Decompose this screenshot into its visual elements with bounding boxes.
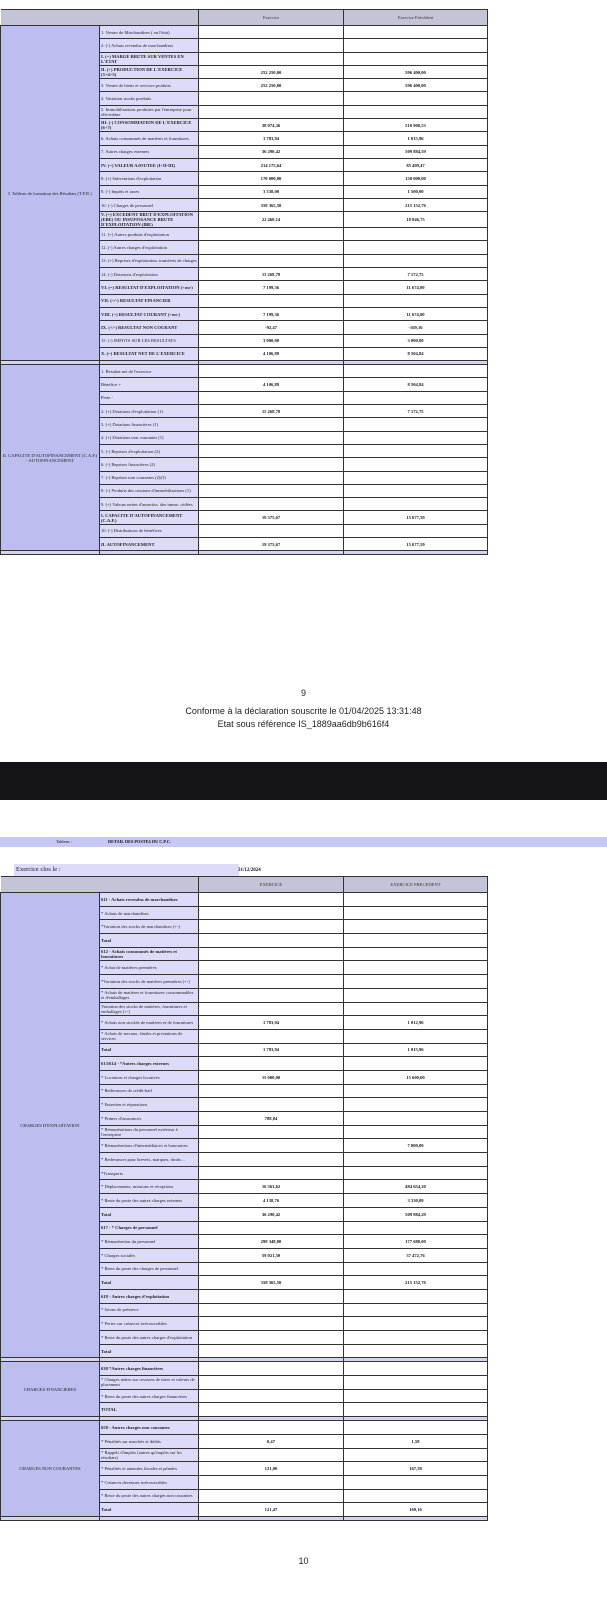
value-exercice-precedent	[344, 1331, 488, 1345]
header-blank	[1, 877, 199, 893]
value-exercice-precedent	[344, 1166, 488, 1180]
table-row: CHARGES NON COURANTES658 - Autres charge…	[1, 1421, 488, 1435]
table-header: Exercice Exercice Précédent	[1, 10, 488, 26]
row-label: 14. (-) Dotations d'exploitation	[100, 268, 199, 281]
value-exercice-precedent	[344, 431, 488, 444]
value-exercice	[199, 1057, 344, 1071]
row-label: * Reste du poste des autres charges d'ex…	[100, 1331, 199, 1345]
value-exercice	[199, 391, 344, 404]
value-exercice: 7 199,36	[199, 307, 344, 320]
row-label: TOTAL	[100, 1403, 199, 1417]
value-exercice-precedent: 509 884,59	[344, 145, 488, 158]
value-exercice	[199, 975, 344, 989]
value-exercice: 19 375,67	[199, 537, 344, 550]
value-exercice	[199, 906, 344, 920]
conformity-text: Conforme à la déclaration souscrite le 0…	[0, 705, 607, 717]
exercice-clos-date: 31/12/2024	[238, 868, 261, 873]
value-exercice	[199, 1331, 344, 1345]
section-title: CHARGES NON COURANTES	[1, 1421, 100, 1517]
value-exercice	[199, 26, 344, 39]
row-label: * Créances devenues irrécouvrables	[100, 1475, 199, 1489]
value-exercice: 15 268,78	[199, 405, 344, 418]
value-exercice-precedent	[344, 1344, 488, 1358]
row-label: 6. Achats consommés de matières et fourn…	[100, 132, 199, 145]
value-exercice	[199, 1084, 344, 1098]
row-label: * Rémunérations du personnel extérieur à…	[100, 1125, 199, 1139]
row-label: 9. (+) Valeurs nettes d'amortiss. des im…	[100, 498, 199, 511]
row-label: 4. (+) Dotations non courantes (1)	[100, 431, 199, 444]
value-exercice: 16 363,62	[199, 1180, 344, 1194]
value-exercice: 0,47	[199, 1434, 344, 1448]
value-exercice	[199, 365, 344, 378]
value-exercice: 1 783,94	[199, 1043, 344, 1057]
value-exercice-precedent: 215 152,76	[344, 1276, 488, 1290]
value-exercice-precedent	[344, 975, 488, 989]
value-exercice-precedent: 1 015,96	[344, 132, 488, 145]
row-label: * Déplacements, missions et réceptions	[100, 1180, 199, 1194]
tableau-label: Tableau :	[56, 837, 72, 847]
value-exercice-precedent: 8 504,84	[344, 378, 488, 391]
value-exercice-precedent	[344, 1303, 488, 1317]
row-label: * Rappels d'impôts (autres qu'impôts sur…	[100, 1448, 199, 1462]
table-row: II. CAPACITE D'AUTOFINANCEMENT (C.A.F.) …	[1, 365, 488, 378]
value-exercice-precedent	[344, 893, 488, 907]
value-exercice-precedent	[344, 241, 488, 254]
value-exercice-precedent	[344, 1448, 488, 1462]
row-label: 15. (-) IMPOTS SUR LES RESULTATS	[100, 334, 199, 347]
row-label: * Primes d'assurances	[100, 1112, 199, 1126]
row-label: 4. Variation stocks produits	[100, 92, 199, 105]
value-exercice-precedent	[344, 1376, 488, 1390]
value-exercice	[199, 1475, 344, 1489]
value-exercice: 121,47	[199, 1503, 344, 1517]
row-label: 5. (-) Reprises d'exploitation (2)	[100, 444, 199, 457]
value-exercice-precedent: 215 152,76	[344, 198, 488, 211]
value-exercice: 121,00	[199, 1462, 344, 1476]
row-label: 613/614 - *Autres charges externes	[100, 1057, 199, 1071]
row-label: 9. (-) Impôts et taxes	[100, 185, 199, 198]
value-exercice-precedent	[344, 1403, 488, 1417]
header-exercice: Exercice	[199, 10, 344, 26]
value-exercice: 252 250,00	[199, 65, 344, 78]
value-exercice-precedent: 18 846,75	[344, 212, 488, 228]
value-exercice	[199, 1421, 344, 1435]
value-exercice-precedent	[344, 39, 488, 52]
row-label: 13. (+) Reprises d'exploitation, transfe…	[100, 254, 199, 267]
value-exercice	[199, 988, 344, 1002]
value-exercice: 214 175,64	[199, 158, 344, 171]
value-exercice	[199, 1344, 344, 1358]
value-exercice	[199, 1139, 344, 1153]
value-exercice-precedent: 7 000,00	[344, 1139, 488, 1153]
value-exercice	[199, 1029, 344, 1043]
value-exercice-precedent	[344, 52, 488, 65]
value-exercice-precedent: 7 172,75	[344, 405, 488, 418]
value-exercice: 358 365,50	[199, 1276, 344, 1290]
row-label: * Locations et charges locatives	[100, 1070, 199, 1084]
value-exercice: 170 000,00	[199, 172, 344, 185]
page-separator	[0, 762, 607, 800]
header-exercice-precedent: EXERCICE PRECEDENT	[344, 877, 488, 893]
row-label: * Rémunérations d'intermédiaires et hono…	[100, 1139, 199, 1153]
row-label: 7. Autres charges externes	[100, 145, 199, 158]
value-exercice-precedent: 7 172,75	[344, 268, 488, 281]
value-exercice	[199, 444, 344, 457]
page-number: 9	[0, 688, 607, 698]
value-exercice: 358 365,50	[199, 198, 344, 211]
value-exercice-precedent: 177 680,00	[344, 1235, 488, 1249]
row-label: 10. (-) Charges de personnel	[100, 198, 199, 211]
value-exercice: -92,47	[199, 321, 344, 334]
value-exercice	[199, 431, 344, 444]
row-label: 8. (+) Subventions d'exploitation	[100, 172, 199, 185]
value-exercice-precedent	[344, 498, 488, 511]
value-exercice-precedent	[344, 906, 488, 920]
value-exercice-precedent	[344, 254, 488, 267]
row-label: VIII. (=) RESULTAT COURANT (+ou-)	[100, 307, 199, 320]
row-label: 11. (+) Autres produits d'exploitation	[100, 228, 199, 241]
row-label: Total	[100, 934, 199, 948]
value-exercice	[199, 1221, 344, 1235]
value-exercice-precedent	[344, 391, 488, 404]
value-exercice-precedent: 8 504,84	[344, 347, 488, 360]
value-exercice: 19 375,67	[199, 511, 344, 524]
value-exercice: 15 000,00	[199, 1070, 344, 1084]
value-exercice: 36 290,42	[199, 1207, 344, 1221]
section-divider	[1, 1516, 488, 1520]
value-exercice-precedent: 3 330,09	[344, 1194, 488, 1208]
row-label: 2. (+) Dotations d'exploitation (1)	[100, 405, 199, 418]
value-exercice-precedent: 1 015,96	[344, 1043, 488, 1057]
value-exercice	[199, 920, 344, 934]
value-exercice-precedent	[344, 228, 488, 241]
value-exercice: 36 290,42	[199, 145, 344, 158]
value-exercice	[199, 1376, 344, 1390]
header-exercice: EXERCICE	[199, 877, 344, 893]
row-label: VI. (=) RESULTAT D'EXPLOITATION (+ou-)	[100, 281, 199, 294]
row-label: 12. (-) Autres charges d'exploitation	[100, 241, 199, 254]
row-label: * Achats de marchandises	[100, 906, 199, 920]
row-label: 10. (-) Distributions de bénéfices	[100, 524, 199, 537]
row-label: * Charges nettes sur cessions de titres …	[100, 1376, 199, 1390]
value-exercice-precedent	[344, 1029, 488, 1043]
value-exercice-precedent	[344, 1317, 488, 1331]
row-label: 7. (-) Reprises non courantes (2)(3)	[100, 471, 199, 484]
value-exercice	[199, 52, 344, 65]
row-label: 3. (+) Dotations financières (1)	[100, 418, 199, 431]
value-exercice: 59 021,50	[199, 1248, 344, 1262]
value-exercice-precedent: 510 900,53	[344, 119, 488, 132]
value-exercice-precedent	[344, 471, 488, 484]
value-exercice	[199, 39, 344, 52]
value-exercice	[199, 1317, 344, 1331]
section-title: CHARGES D'EXPLOITATION	[1, 893, 100, 1358]
value-exercice-precedent	[344, 1289, 488, 1303]
row-label: * Pénalités et amendes fiscales et pénal…	[100, 1462, 199, 1476]
value-exercice-precedent	[344, 458, 488, 471]
value-exercice-precedent	[344, 934, 488, 948]
row-label: Total	[100, 1043, 199, 1057]
value-exercice-precedent: 169,16	[344, 1503, 488, 1517]
row-label: V. (=) EXCEDENT BRUT D'EXPLOITATION (EBE…	[100, 212, 199, 228]
row-label: IV. (=) VALEUR AJOUTEE (I+II-III)	[100, 158, 199, 171]
value-exercice: 299 348,00	[199, 1235, 344, 1249]
value-exercice-precedent: 15 677,59	[344, 537, 488, 550]
row-label: * Redevances pour brevets, marques, droi…	[100, 1153, 199, 1167]
value-exercice: 3 338,00	[199, 185, 344, 198]
value-exercice-precedent	[344, 1475, 488, 1489]
header-blank	[1, 10, 199, 26]
value-exercice: 4 106,89	[199, 347, 344, 360]
table-row: I. Tableau de formation des Résultats (T…	[1, 26, 488, 39]
value-exercice	[199, 934, 344, 948]
row-label: 658 - Autres charges non courantes	[100, 1421, 199, 1435]
value-exercice-precedent: 1 500,00	[344, 185, 488, 198]
row-label: 1. Résultat net de l'exercice	[100, 365, 199, 378]
value-exercice-precedent: 1 012,96	[344, 1016, 488, 1030]
value-exercice-precedent: 85 499,47	[344, 158, 488, 171]
row-label: * Jetons de présence	[100, 1303, 199, 1317]
value-exercice	[199, 1389, 344, 1403]
value-exercice: 1 783,94	[199, 1016, 344, 1030]
value-exercice	[199, 254, 344, 267]
value-exercice-precedent	[344, 1084, 488, 1098]
value-exercice	[199, 1489, 344, 1503]
value-exercice-precedent	[344, 988, 488, 1002]
value-exercice-precedent	[344, 365, 488, 378]
page-9: Exercice Exercice Précédent I. Tableau d…	[0, 0, 607, 762]
value-exercice-precedent: 15 677,59	[344, 511, 488, 524]
row-label: II. (+) PRODUCTION DE L'EXERCICE (3+4+5)	[100, 65, 199, 78]
row-label: * Achats de travaux, études et prestatio…	[100, 1029, 199, 1043]
row-label: 5. Immobilisations produites par l'entre…	[100, 105, 199, 118]
cpc-detail-table: EXERCICE EXERCICE PRECEDENT CHARGES D'EX…	[0, 876, 488, 1521]
value-exercice: 22 468,14	[199, 212, 344, 228]
value-exercice-precedent	[344, 1153, 488, 1167]
value-exercice-precedent: 150 000,00	[344, 172, 488, 185]
value-exercice-precedent	[344, 1262, 488, 1276]
value-exercice	[199, 498, 344, 511]
value-exercice-precedent	[344, 1389, 488, 1403]
value-exercice-precedent	[344, 418, 488, 431]
section-title: I. Tableau de formation des Résultats (T…	[1, 26, 100, 361]
value-exercice: 4 138,76	[199, 1194, 344, 1208]
value-exercice-precedent: 11 674,00	[344, 281, 488, 294]
row-label: X. (=) RESULTAT NET DE L'EXERCICE	[100, 347, 199, 360]
value-exercice-precedent: 484 654,20	[344, 1180, 488, 1194]
value-exercice-precedent: 167,58	[344, 1462, 488, 1476]
row-label: VII. (+/-) RESULTAT FINANCIER	[100, 294, 199, 307]
row-label: * Pénalités sur marchés et dédits	[100, 1434, 199, 1448]
header-exercice-precedent: Exercice Précédent	[344, 10, 488, 26]
section-divider	[1, 551, 488, 555]
reference-text: Etat sous référence IS_1889aa6db9b616f4	[0, 718, 607, 730]
value-exercice	[199, 961, 344, 975]
table-row: CHARGES D'EXPLOITATION611 - Achats reven…	[1, 893, 488, 907]
value-exercice: 788,04	[199, 1112, 344, 1126]
value-exercice	[199, 241, 344, 254]
value-exercice-precedent	[344, 1112, 488, 1126]
tfr-caf-table: Exercice Exercice Précédent I. Tableau d…	[0, 9, 488, 555]
value-exercice-precedent	[344, 1421, 488, 1435]
row-label: * Achats non stockés de matières et de f…	[100, 1016, 199, 1030]
value-exercice: 252 250,00	[199, 79, 344, 92]
row-label: Total	[100, 1207, 199, 1221]
row-label: 3. Ventes de biens et services produits	[100, 79, 199, 92]
value-exercice-precedent	[344, 1125, 488, 1139]
section-title: CHARGES FINANCIERES	[1, 1362, 100, 1417]
value-exercice-precedent	[344, 1098, 488, 1112]
value-exercice	[199, 1289, 344, 1303]
row-label: Perte -	[100, 391, 199, 404]
value-exercice-precedent	[344, 1002, 488, 1016]
row-label: * Redevances de crédit-bail	[100, 1084, 199, 1098]
row-label: I. (=) MARGE BRUTE SUR VENTES EN L'ETAT	[100, 52, 199, 65]
value-exercice	[199, 524, 344, 537]
value-exercice-precedent: -169,16	[344, 321, 488, 334]
row-label: * Achat de matières premières	[100, 961, 199, 975]
row-label: * Reste du poste des charges de personne…	[100, 1262, 199, 1276]
row-label: * Reste du poste des autres charges fina…	[100, 1389, 199, 1403]
value-exercice	[199, 458, 344, 471]
value-exercice	[199, 471, 344, 484]
row-label: 611 - Achats revendus de marchandises	[100, 893, 199, 907]
tableau-title: DETAIL DES POSTES DU C.P.C.	[108, 837, 171, 847]
value-exercice	[199, 947, 344, 961]
value-exercice: 38 074,36	[199, 119, 344, 132]
value-exercice	[199, 228, 344, 241]
value-exercice-precedent	[344, 947, 488, 961]
value-exercice-precedent	[344, 92, 488, 105]
value-exercice	[199, 92, 344, 105]
value-exercice-precedent: 596 400,00	[344, 79, 488, 92]
value-exercice	[199, 294, 344, 307]
value-exercice: 7 199,36	[199, 281, 344, 294]
row-label: I. CAPACITE D'AUTOFINANCEMENT (C.A.F.)	[100, 511, 199, 524]
value-exercice: 1 783,94	[199, 132, 344, 145]
row-label: * Rémunération du personnel	[100, 1235, 199, 1249]
value-exercice-precedent	[344, 961, 488, 975]
value-exercice-precedent	[344, 1489, 488, 1503]
value-exercice	[199, 105, 344, 118]
row-label: *Variation des stocks de matières premiè…	[100, 975, 199, 989]
value-exercice-precedent	[344, 1221, 488, 1235]
page-number: 10	[0, 1556, 607, 1566]
row-label: * Reste du poste des autres charges non …	[100, 1489, 199, 1503]
value-exercice	[199, 1153, 344, 1167]
value-exercice	[199, 893, 344, 907]
row-label: 618 - Autres charges d'exploitation	[100, 1289, 199, 1303]
value-exercice	[199, 1362, 344, 1376]
value-exercice-precedent	[344, 1362, 488, 1376]
value-exercice-precedent: 37 472,76	[344, 1248, 488, 1262]
value-exercice	[199, 1125, 344, 1139]
value-exercice-precedent	[344, 524, 488, 537]
value-exercice-precedent	[344, 1057, 488, 1071]
row-label: II. AUTOFINANCEMENT	[100, 537, 199, 550]
row-label: * Reste du poste des autres charges exte…	[100, 1194, 199, 1208]
row-label: 2. (-) Achats revendus de marchandises	[100, 39, 199, 52]
row-label: * Charges sociales	[100, 1248, 199, 1262]
row-label: * Entretien et réparations	[100, 1098, 199, 1112]
value-exercice	[199, 1098, 344, 1112]
row-label: Total	[100, 1503, 199, 1517]
row-label: III. (-) CONSOMMATION DE L'EXERCICE (6+7…	[100, 119, 199, 132]
row-label: 638 *Autres charges financières	[100, 1362, 199, 1376]
value-exercice-precedent	[344, 105, 488, 118]
value-exercice-precedent: 1,58	[344, 1434, 488, 1448]
value-exercice: 4 106,89	[199, 378, 344, 391]
row-label: 8. (-) Produits des cessions d'immobilis…	[100, 484, 199, 497]
row-label: * Achats de matières et fournitures cons…	[100, 988, 199, 1002]
page-10: Tableau : DETAIL DES POSTES DU C.P.C. Ex…	[0, 800, 607, 1600]
value-exercice-precedent	[344, 920, 488, 934]
row-label: 6. (-) Reprises financières (2)	[100, 458, 199, 471]
row-label: Bénéfice +	[100, 378, 199, 391]
value-exercice-precedent: 15 600,00	[344, 1070, 488, 1084]
row-label: *Variation des stocks de marchandises (+…	[100, 920, 199, 934]
value-exercice	[199, 1303, 344, 1317]
value-exercice: 15 268,78	[199, 268, 344, 281]
value-exercice	[199, 1166, 344, 1180]
value-exercice	[199, 1448, 344, 1462]
value-exercice	[199, 1262, 344, 1276]
row-label: *Transports	[100, 1166, 199, 1180]
value-exercice	[199, 418, 344, 431]
value-exercice-precedent: 596 400,00	[344, 65, 488, 78]
table-row: CHARGES FINANCIERES638 *Autres charges f…	[1, 1362, 488, 1376]
value-exercice-precedent	[344, 444, 488, 457]
value-exercice-precedent: 3 000,00	[344, 334, 488, 347]
value-exercice-precedent	[344, 26, 488, 39]
row-label: 612 - Achats consommés de matières et fo…	[100, 947, 199, 961]
value-exercice-precedent: 11 674,00	[344, 307, 488, 320]
row-label: 617 - * Charges de personnel	[100, 1221, 199, 1235]
value-exercice-precedent	[344, 294, 488, 307]
value-exercice-precedent	[344, 484, 488, 497]
row-label: Total	[100, 1344, 199, 1358]
row-label: IX. (+/-) RESULTAT NON COURANT	[100, 321, 199, 334]
value-exercice	[199, 484, 344, 497]
section-title: II. CAPACITE D'AUTOFINANCEMENT (C.A.F.) …	[1, 365, 100, 551]
value-exercice	[199, 1403, 344, 1417]
row-label: * Pertes sur créances irrécouvrables	[100, 1317, 199, 1331]
value-exercice-precedent: 509 884,29	[344, 1207, 488, 1221]
tableau-title-bar: Tableau : DETAIL DES POSTES DU C.P.C.	[0, 837, 607, 847]
row-label: Variation des stocks de matières, fourni…	[100, 1002, 199, 1016]
row-label: 1. Ventes de Marchandises ( en l'état)	[100, 26, 199, 39]
row-label: Total	[100, 1276, 199, 1290]
value-exercice	[199, 1002, 344, 1016]
table-header: EXERCICE EXERCICE PRECEDENT	[1, 877, 488, 893]
value-exercice: 3 000,00	[199, 334, 344, 347]
